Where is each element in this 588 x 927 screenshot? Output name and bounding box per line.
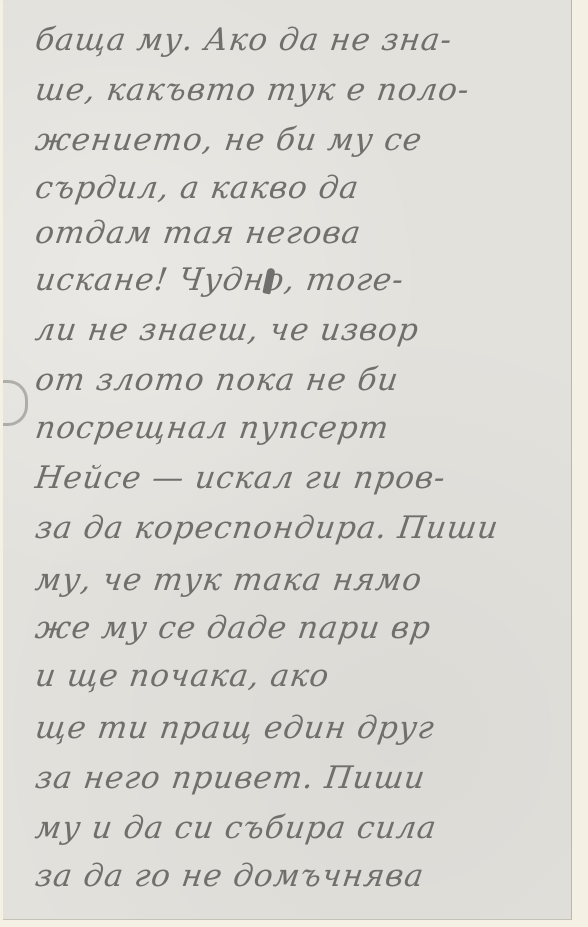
handwritten-line: жението, не би му се xyxy=(33,122,425,158)
handwritten-line: от злото пока не би xyxy=(33,362,401,398)
handwritten-line: за него привет. Пиши xyxy=(33,760,428,796)
handwritten-line: посрещнал пупсерт xyxy=(33,410,392,446)
handwritten-line: за да го не домъчнява xyxy=(33,858,427,894)
handwritten-line: му и да си събира сила xyxy=(33,810,439,846)
handwritten-line: отдам тая негова xyxy=(33,215,364,251)
handwritten-line: ли не знаеш, че извор xyxy=(33,312,421,348)
handwritten-line: искане! Чудно, тоге- xyxy=(33,262,406,298)
handwritten-line: же му се даде пари вр xyxy=(33,610,434,646)
handwritten-line: му, че тук така нямо xyxy=(33,562,425,598)
handwritten-line: и ще почака, ако xyxy=(33,658,332,694)
handwritten-line: сърдил, а какво да xyxy=(33,170,362,206)
handwritten-line: баща му. Ако да не зна- xyxy=(33,22,455,58)
letter-page: баща му. Ако да не зна- ше, какъвто тук … xyxy=(3,0,572,920)
handwritten-line: Нейсе — искал ги пров- xyxy=(33,460,448,496)
handwritten-line: ще ти пращ един друг xyxy=(33,710,437,746)
margin-ink-mark xyxy=(3,380,28,426)
handwritten-line: за да кореспондира. Пиши xyxy=(33,510,501,546)
handwritten-line: ше, какъвто тук е поло- xyxy=(33,72,472,108)
